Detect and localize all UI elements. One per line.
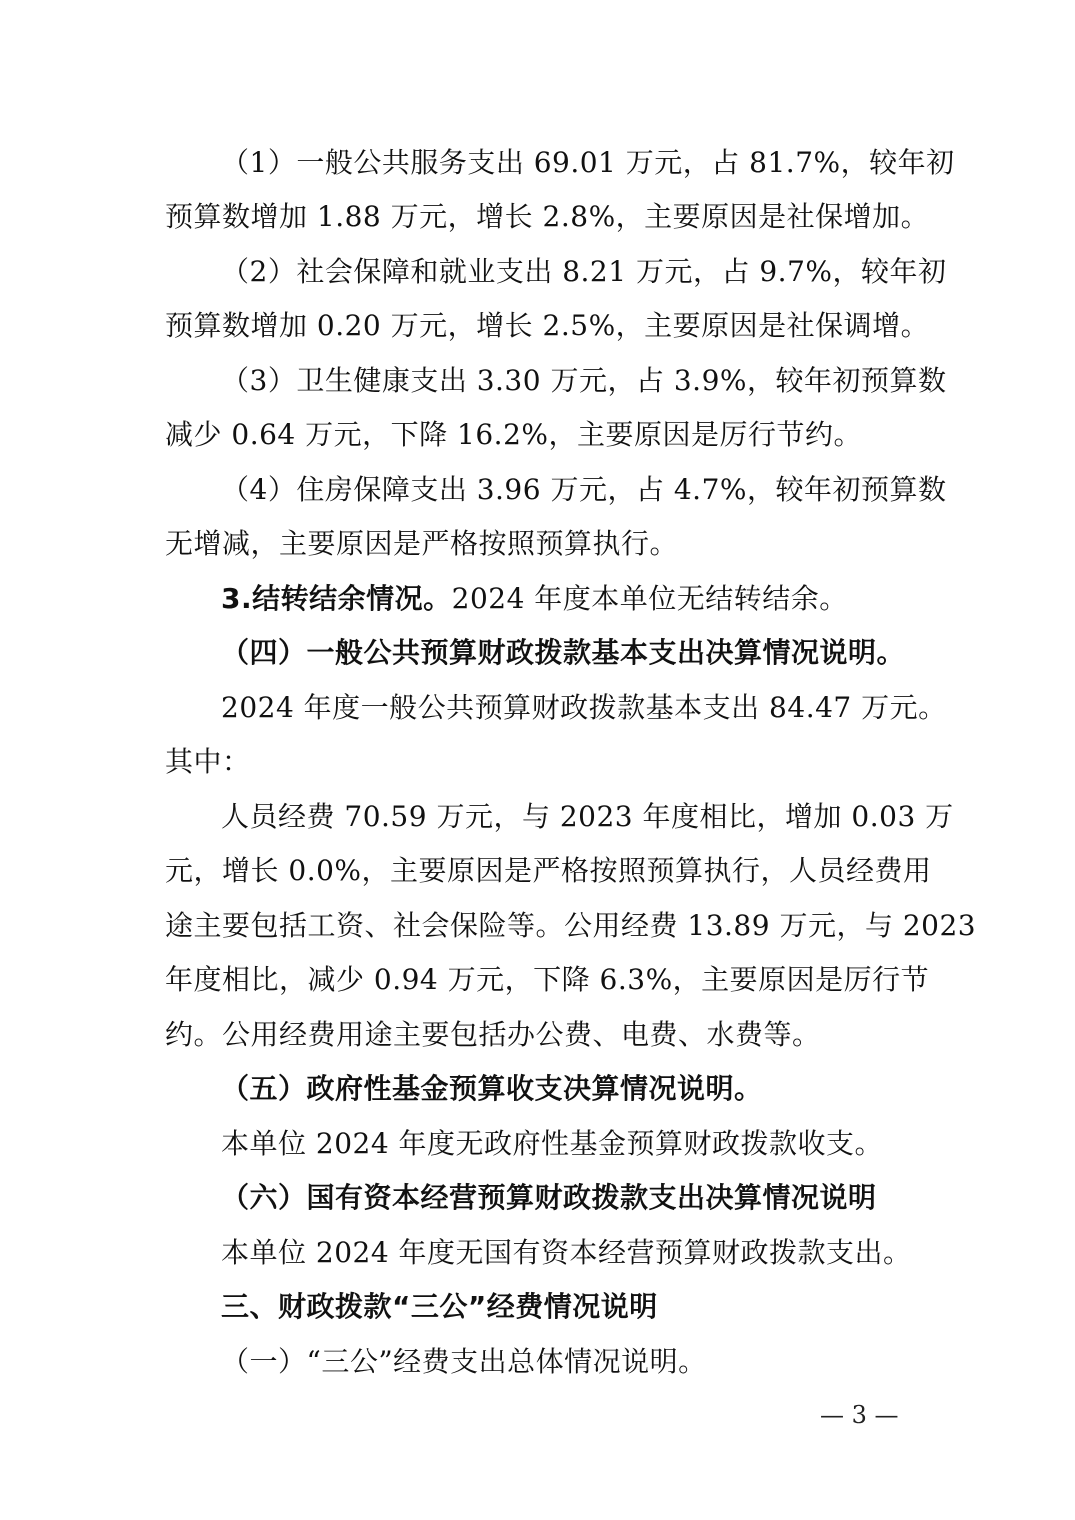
section-4-heading: （四）一般公共预算财政拨款基本支出决算情况说明。: [221, 633, 913, 673]
paragraph-state-capital: 本单位 2024 年度无国有资本经营预算财政拨款支出。: [221, 1233, 913, 1273]
paragraph-basic-expenditure-cont: 其中：: [165, 742, 913, 782]
paragraph-government-fund: 本单位 2024 年度无政府性基金预算财政拨款收支。: [221, 1124, 913, 1164]
paragraph-public-expenses: 途主要包括工资、社会保险等。公用经费 13.89 万元，与 2023: [165, 906, 913, 946]
paragraph-personnel-expenses: 人员经费 70.59 万元，与 2023 年度相比，增加 0.03 万: [221, 797, 913, 837]
paragraph-social-security-cont: 预算数增加 0.20 万元，增长 2.5%，主要原因是社保调增。: [165, 306, 913, 346]
paragraph-public-expenses-end: 约。公用经费用途主要包括办公费、电费、水费等。: [165, 1015, 913, 1055]
carryover-label: 3.结转结余情况。: [221, 582, 452, 615]
paragraph-carryover: 3.结转结余情况。2024 年度本单位无结转结余。: [221, 579, 913, 619]
section-6-heading: （六）国有资本经营预算财政拨款支出决算情况说明: [221, 1178, 913, 1218]
paragraph-housing-cont: 无增减，主要原因是严格按照预算执行。: [165, 524, 913, 564]
carryover-text: 2024 年度本单位无结转结余。: [452, 582, 848, 615]
paragraph-health-cont: 减少 0.64 万元，下降 16.2%，主要原因是厉行节约。: [165, 415, 913, 455]
paragraph-personnel-expenses-cont: 元，增长 0.0%，主要原因是严格按照预算执行，人员经费用: [165, 851, 913, 891]
part-3-subheading: （一）“三公”经费支出总体情况说明。: [221, 1342, 913, 1382]
paragraph-general-public-services: （1）一般公共服务支出 69.01 万元，占 81.7%，较年初: [221, 143, 913, 183]
part-3-heading: 三、财政拨款“三公”经费情况说明: [221, 1287, 913, 1327]
paragraph-public-expenses-cont: 年度相比，减少 0.94 万元，下降 6.3%，主要原因是厉行节: [165, 960, 913, 1000]
paragraph-general-public-services-cont: 预算数增加 1.88 万元，增长 2.8%，主要原因是社保增加。: [165, 197, 913, 237]
paragraph-social-security: （2）社会保障和就业支出 8.21 万元，占 9.7%，较年初: [221, 252, 913, 292]
paragraph-basic-expenditure: 2024 年度一般公共预算财政拨款基本支出 84.47 万元。: [221, 688, 913, 728]
paragraph-housing: （4）住房保障支出 3.96 万元，占 4.7%，较年初预算数: [221, 470, 913, 510]
document-page: （1）一般公共服务支出 69.01 万元，占 81.7%，较年初 预算数增加 1…: [0, 0, 1075, 1520]
paragraph-health: （3）卫生健康支出 3.30 万元，占 3.9%，较年初预算数: [221, 361, 913, 401]
page-number: — 3 —: [820, 1398, 899, 1432]
section-5-heading: （五）政府性基金预算收支决算情况说明。: [221, 1069, 913, 1109]
